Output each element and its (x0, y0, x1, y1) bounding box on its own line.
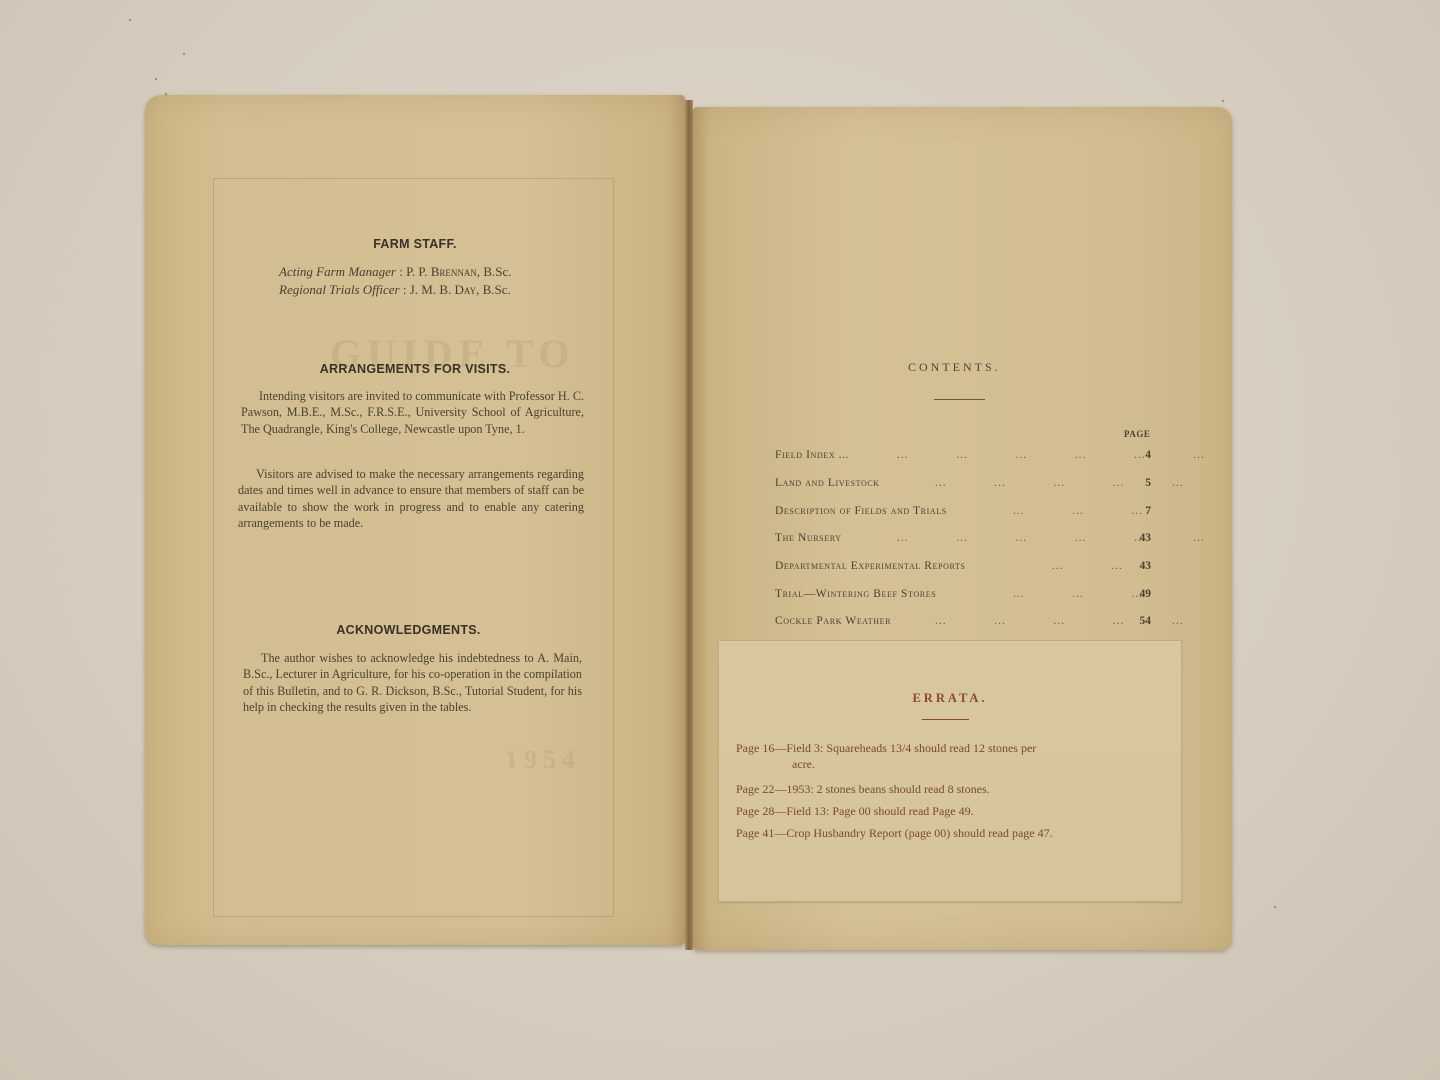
toc-entry-page: 43 (1121, 532, 1151, 544)
toc-entry-label: Cockle Park Weather (775, 615, 891, 627)
errata-page-ref: Page 22— (736, 782, 786, 796)
staff-member-regional-trials-officer: Regional Trials Officer : J. M. B. Day, … (279, 282, 511, 298)
staff-name: J. M. B. Day (410, 282, 476, 297)
acknowledgments-heading: ACKNOWLEDGMENTS. (145, 623, 672, 637)
toc-leader-dots: ... ... ... ... ... ... (897, 532, 1205, 544)
farm-staff-heading: FARM STAFF. (145, 237, 685, 251)
errata-slip: ERRATA. Page 16—Field 3: Squareheads 13/… (718, 640, 1182, 902)
toc-entry-page: 43 (1121, 560, 1151, 572)
errata-title: ERRATA. (719, 691, 1181, 706)
toc-entry-page: 4 (1121, 449, 1151, 461)
toc-entry-page: 5 (1121, 477, 1151, 489)
toc-entry-the-nursery: The Nursery ... ... ... ... ... ... 43 (775, 532, 1151, 550)
toc-entry-departmental-reports: Departmental Experimental Reports ... ..… (775, 560, 1151, 578)
toc-entry-land-and-livestock: Land and Livestock ... ... ... ... ... 5 (775, 477, 1151, 495)
toc-entry-field-index: Field Index ... ... ... ... ... ... ... … (775, 449, 1151, 467)
dust-speck (129, 19, 131, 21)
arrangements-paragraph-2: Visitors are advised to make the necessa… (238, 466, 584, 532)
errata-page-ref: Page 41— (736, 826, 786, 840)
acknowledgments-paragraph: The author wishes to acknowledge his ind… (243, 650, 582, 716)
toc-entry-cockle-park-weather: Cockle Park Weather ... ... ... ... ... … (775, 615, 1151, 633)
toc-entry-label: The Nursery (775, 532, 842, 544)
arrangements-paragraph-1: Intending visitors are invited to commun… (241, 388, 584, 437)
toc-entry-description-of-fields: Description of Fields and Trials ... ...… (775, 505, 1151, 523)
contents-title-rule (934, 399, 985, 400)
show-through-year: 1954 (505, 745, 581, 775)
errata-item: Page 41—Crop Husbandry Report (page 00) … (736, 825, 1146, 841)
toc-entry-label: Field Index ... (775, 449, 849, 461)
errata-text: Crop Husbandry Report (page 00) should r… (786, 826, 1052, 840)
errata-title-rule (922, 719, 969, 720)
staff-role: Acting Farm Manager (279, 264, 396, 279)
toc-entry-label: Description of Fields and Trials (775, 505, 947, 517)
toc-entry-label: Trial—Wintering Beef Stores (775, 588, 936, 600)
staff-qualification: , B.Sc. (476, 282, 511, 297)
errata-text: Field 13: Page 00 should read Page 49. (786, 804, 973, 818)
staff-member-acting-farm-manager: Acting Farm Manager : P. P. Brennan, B.S… (279, 264, 512, 280)
arrangements-heading: ARRANGEMENTS FOR VISITS. (145, 362, 685, 376)
toc-leader-dots: ... ... (1052, 560, 1123, 572)
toc-entry-label: Land and Livestock (775, 477, 880, 489)
separator: : (400, 282, 410, 297)
book-gutter (685, 100, 693, 950)
dust-speck (183, 53, 185, 55)
dust-speck (1274, 906, 1276, 908)
errata-text: Field 3: Squareheads 13/4 should read 12… (786, 741, 1036, 755)
right-page: CONTENTS. PAGE Field Index ... ... ... .… (693, 107, 1232, 950)
toc-entry-page: 49 (1121, 588, 1151, 600)
errata-text: 1953: 2 stones beans should read 8 stone… (786, 782, 989, 796)
photo-scene: GUIDE TO FARM STAFF. Acting Farm Manager… (0, 0, 1440, 1080)
errata-item: Page 16—Field 3: Squareheads 13/4 should… (736, 740, 1146, 772)
left-page: GUIDE TO FARM STAFF. Acting Farm Manager… (145, 95, 685, 945)
errata-page-ref: Page 28— (736, 804, 786, 818)
separator: : (396, 264, 406, 279)
toc-entry-wintering-beef-stores: Trial—Wintering Beef Stores ... ... ... … (775, 588, 1151, 606)
errata-text-continuation: acre. (736, 756, 1146, 772)
toc-entry-label: Departmental Experimental Reports (775, 560, 965, 572)
staff-qualification: , B.Sc. (477, 264, 512, 279)
errata-item: Page 28—Field 13: Page 00 should read Pa… (736, 803, 1146, 819)
dust-speck (1222, 100, 1224, 102)
toc-leader-dots: ... ... ... ... ... ... (897, 449, 1205, 461)
staff-role: Regional Trials Officer (279, 282, 400, 297)
staff-name: P. P. Brennan (406, 264, 477, 279)
page-column-header: PAGE (1124, 429, 1150, 439)
errata-page-ref: Page 16— (736, 741, 786, 755)
toc-entry-page: 7 (1121, 505, 1151, 517)
contents-title: CONTENTS. (908, 360, 1001, 375)
errata-item: Page 22—1953: 2 stones beans should read… (736, 781, 1146, 797)
dust-speck (155, 78, 157, 80)
toc-entry-page: 54 (1121, 615, 1151, 627)
